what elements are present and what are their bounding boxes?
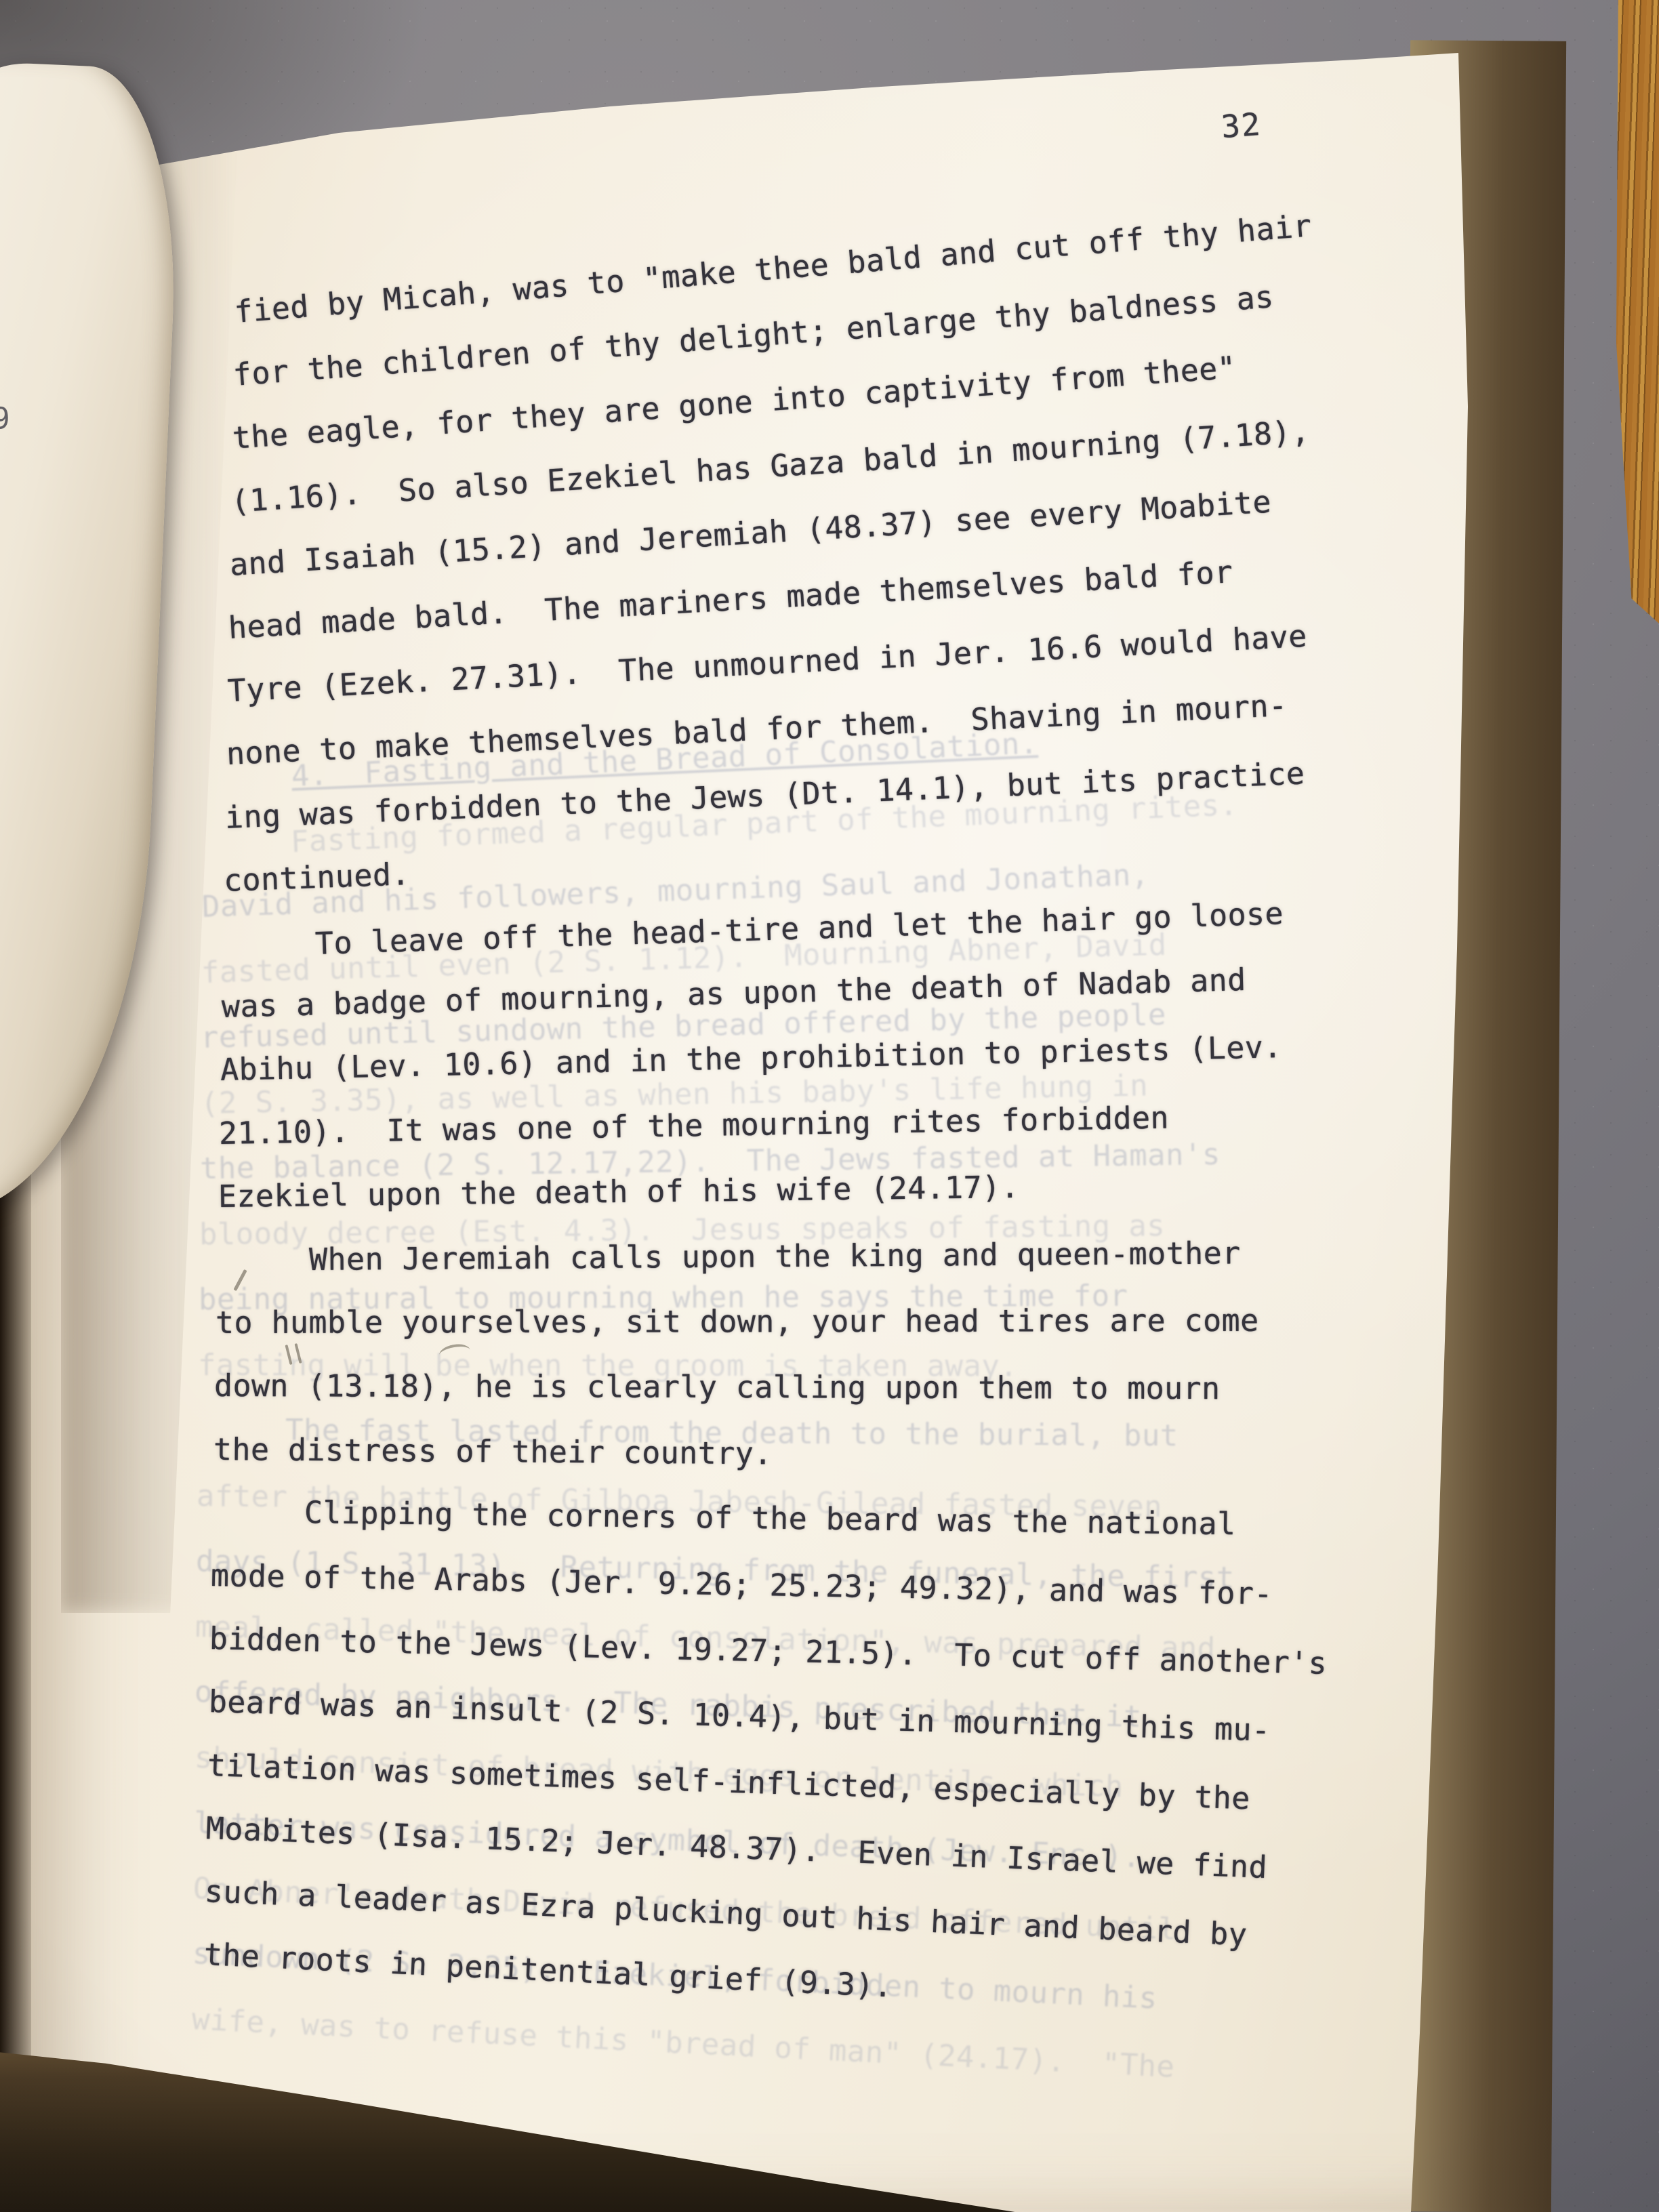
typed-line: Moabites (Isa. 15.2; Jer. 48.37). Even i… — [205, 1810, 1268, 1885]
previous-page-number: 9 — [0, 401, 10, 436]
typed-line: the roots in penitential grief (9.3). — [203, 1936, 893, 2005]
photo-scene: 32 4. Fasting and the Bread of Consolati… — [0, 0, 1659, 2212]
typed-line: continued. — [223, 856, 411, 899]
typed-line: such a leader as Ezra plucking out his h… — [204, 1873, 1248, 1952]
typed-line: the distress of their country. — [213, 1431, 772, 1471]
typed-line: down (13.18), he is clearly calling upon… — [214, 1368, 1221, 1406]
page-sheet: 32 4. Fasting and the Bread of Consolati… — [0, 0, 1659, 2212]
ghost-text-line: wife, was to refuse this "bread of man" … — [191, 2002, 1176, 2085]
typed-line: to humble yourselves, sit down, your hea… — [216, 1303, 1259, 1340]
page-number: 32 — [1220, 106, 1263, 145]
typed-line: When Jeremiah calls upon the king and qu… — [309, 1235, 1241, 1277]
